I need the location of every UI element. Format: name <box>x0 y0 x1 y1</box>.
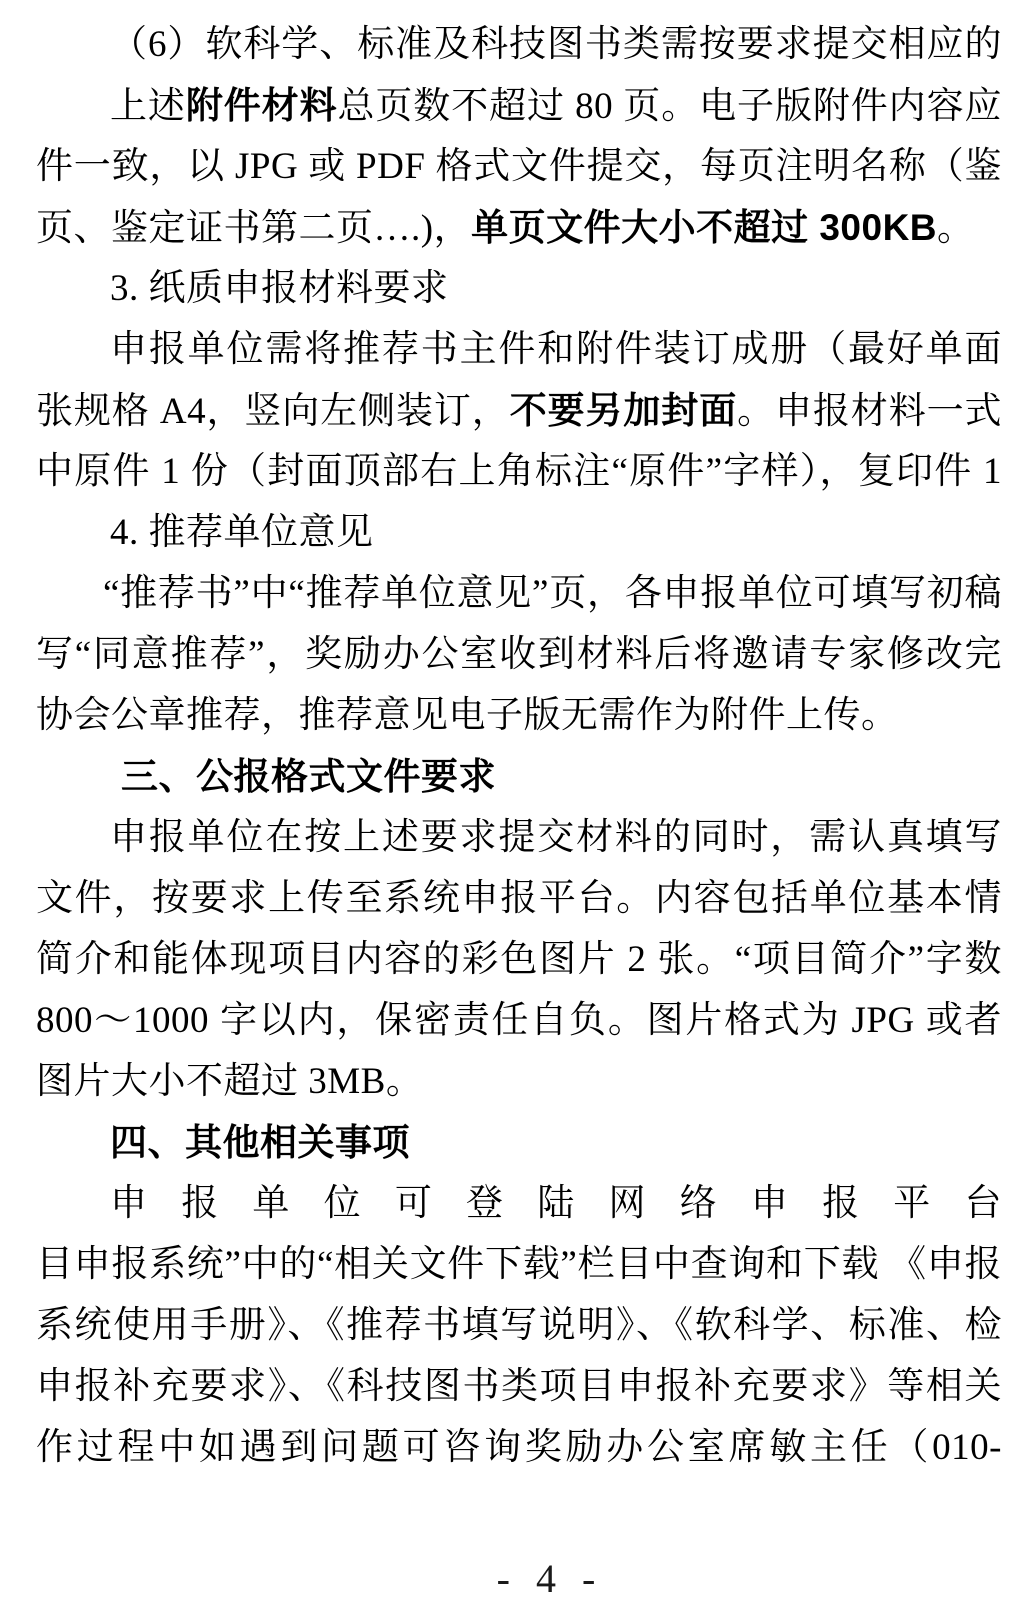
text-line: 张规格 A4，竖向左侧装订，不要另加封面。申报材料一式两份。其 <box>36 380 1002 441</box>
text-segment: 申报单位在按上述要求提交材料的同时，需认真填写公报格式 <box>110 817 1002 868</box>
bold-text-segment: 附件材料 <box>186 85 338 126</box>
text-line: 4. 推荐单位意见 <box>36 502 1002 563</box>
text-segment: 件一致，以 JPG 或 PDF 格式文件提交，每页注明名称（鉴定证书首 <box>36 146 1002 197</box>
text-line: 件一致，以 JPG 或 PDF 格式文件提交，每页注明名称（鉴定证书首 <box>36 136 1002 197</box>
text-segment: 上述 <box>110 86 186 127</box>
text-segment: 目申报系统”中的“相关文件下载”栏目中查询和下载 《申报单位 <box>36 1244 1002 1295</box>
text-segment: 申报单位需将推荐书主件和附件装订成册（最好单面打印），纸 <box>110 329 1002 380</box>
text-segment: 申报单位可登陆网络申报平台(http://www.cmiao.com.cn)“项 <box>110 1183 1002 1234</box>
text-segment: 作过程中如遇到问题可咨询奖励办公室席敏主任（010-68351688）。 <box>36 1427 1002 1478</box>
text-segment: 写“同意推荐”，奖励办公室收到材料后将邀请专家修改完善后加盖 <box>36 634 1002 685</box>
text-segment: 简介和能体现项目内容的彩色图片 2 张。“项目简介”字数控制在 <box>36 939 1002 990</box>
document-body: （6）软科学、标准及科技图书类需按要求提交相应的附件。上述附件材料总页数不超过 … <box>36 14 1002 1478</box>
bold-text-segment: 四、其他相关事项 <box>110 1122 410 1163</box>
text-segment: 申报补充要求》、《科技图书类项目申报补充要求》等相关材料。操 <box>36 1366 1002 1417</box>
text-line: 申报单位在按上述要求提交材料的同时，需认真填写公报格式 <box>36 807 1002 868</box>
text-line: 申报单位需将推荐书主件和附件装订成册（最好单面打印），纸 <box>36 319 1002 380</box>
text-segment: 800～1000 字以内，保密责任自负。图片格式为 JPG 或者 PDF，单张 <box>36 1000 1002 1051</box>
text-line: 上述附件材料总页数不超过 80 页。电子版附件内容应与书面附 <box>36 75 1002 136</box>
text-line: 目申报系统”中的“相关文件下载”栏目中查询和下载 《申报单位 <box>36 1234 1002 1295</box>
text-line: 文件，按要求上传至系统申报平台。内容包括单位基本情况、项目 <box>36 868 1002 929</box>
bold-text-segment: 不要另加封面 <box>510 390 737 431</box>
text-segment: 4. 推荐单位意见 <box>110 512 374 553</box>
text-segment: 。 <box>937 208 975 249</box>
bold-text-segment: 三、公报格式文件要求 <box>121 756 496 797</box>
text-segment: “推荐书”中“推荐单位意见”页，各申报单位可填写初稿或 <box>103 573 1002 624</box>
text-line: 作过程中如遇到问题可咨询奖励办公室席敏主任（010-68351688）。 <box>36 1417 1002 1478</box>
text-segment: 中原件 1 份（封面顶部右上角标注“原件”字样），复印件 1 份。 <box>36 451 1002 502</box>
section-heading: 四、其他相关事项 <box>36 1112 1002 1173</box>
text-line: 协会公章推荐，推荐意见电子版无需作为附件上传。 <box>36 685 1002 746</box>
text-line: 系统使用手册》、《推荐书填写说明》、《软科学、标准、检测类项目 <box>36 1295 1002 1356</box>
text-line: 图片大小不超过 3MB。 <box>36 1051 1002 1112</box>
text-segment: 张规格 A4，竖向左侧装订， <box>36 391 510 432</box>
page-number: - 4 - <box>74 1548 1026 1610</box>
text-line: （6）软科学、标准及科技图书类需按要求提交相应的附件。 <box>36 14 1002 75</box>
text-segment: （6）软科学、标准及科技图书类需按要求提交相应的附件。 <box>110 24 1002 75</box>
bold-text-segment: 单页文件大小不超过 300KB <box>471 207 937 248</box>
text-line: 3. 纸质申报材料要求 <box>36 258 1002 319</box>
text-segment: 3. 纸质申报材料要求 <box>110 268 449 309</box>
text-segment: 图片大小不超过 3MB。 <box>36 1061 423 1102</box>
text-segment: 文件，按要求上传至系统申报平台。内容包括单位基本情况、项目 <box>36 878 1002 929</box>
text-segment: 系统使用手册》、《推荐书填写说明》、《软科学、标准、检测类项目 <box>36 1305 1002 1356</box>
section-heading: 三、公报格式文件要求 <box>36 746 1002 807</box>
text-segment: 协会公章推荐，推荐意见电子版无需作为附件上传。 <box>36 695 899 736</box>
text-line: 800～1000 字以内，保密责任自负。图片格式为 JPG 或者 PDF，单张 <box>36 990 1002 1051</box>
text-line: 简介和能体现项目内容的彩色图片 2 张。“项目简介”字数控制在 <box>36 929 1002 990</box>
text-line: 中原件 1 份（封面顶部右上角标注“原件”字样），复印件 1 份。 <box>36 441 1002 502</box>
text-line: 页、鉴定证书第二页….)，单页文件大小不超过 300KB。 <box>36 197 1002 258</box>
text-line: “推荐书”中“推荐单位意见”页，各申报单位可填写初稿或 <box>36 563 1002 624</box>
document-page: （6）软科学、标准及科技图书类需按要求提交相应的附件。上述附件材料总页数不超过 … <box>0 0 1026 1620</box>
text-line: 申报单位可登陆网络申报平台(http://www.cmiao.com.cn)“项 <box>36 1173 1002 1234</box>
text-line: 申报补充要求》、《科技图书类项目申报补充要求》等相关材料。操 <box>36 1356 1002 1417</box>
text-segment: 页、鉴定证书第二页….)， <box>36 208 471 249</box>
text-line: 写“同意推荐”，奖励办公室收到材料后将邀请专家修改完善后加盖 <box>36 624 1002 685</box>
